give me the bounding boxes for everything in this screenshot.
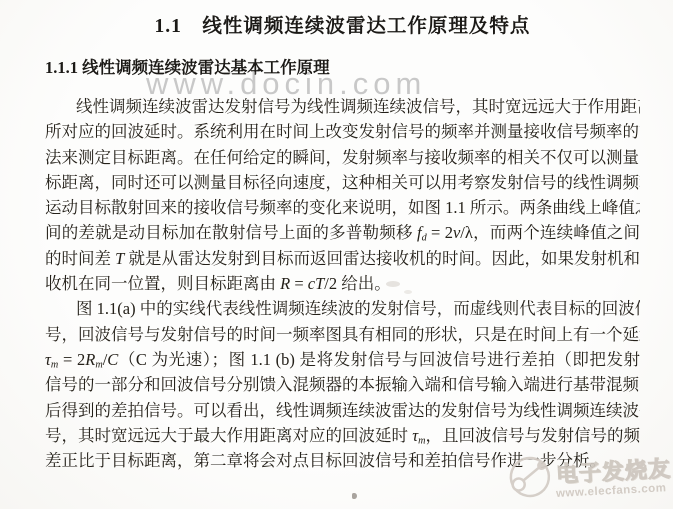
- chapter-title: 1.1 线性调频连续波雷达工作原理及特点: [45, 14, 640, 40]
- text-line: 线性调频连续波雷达发射信号为线性调频连续波信号，其时宽远远大于作用距离: [45, 94, 640, 119]
- paragraph-2: 图 1.1(a) 中的实线代表线性调频连续波的发射信号，而虚线则代表目标的回波信…: [45, 296, 640, 473]
- text-line: 法来测定目标距离。在任何给定的瞬间，发射频率与接收频率的相关不仅可以测量目: [45, 145, 640, 170]
- text-line: 图 1.1(a) 中的实线代表线性调频连续波的发射信号，而虚线则代表目标的回波信: [45, 296, 640, 321]
- section-heading: 1.1.1 线性调频连续波雷达基本工作原理: [45, 57, 640, 79]
- text-line: 号，回波信号与发射信号的时间一频率图具有相同的形状，只是在时间上有一个延迟: [45, 322, 640, 347]
- text-line: 间的差就是动目标加在散射信号上面的多普勒频移 fd = 2v/λ，而两个连续峰值…: [45, 220, 640, 245]
- scanned-document-page: 1.1 线性调频连续波雷达工作原理及特点 1.1.1 线性调频连续波雷达基本工作…: [0, 0, 673, 509]
- text-line: 的时间差 T 就是从雷达发射到目标而返回雷达接收机的时间。因此，如果发射机和接: [45, 246, 640, 271]
- scan-speck: [352, 493, 357, 499]
- text-line: τm = 2Rm/C（C 为光速）；图 1.1 (b) 是将发射信号与回波信号进…: [45, 347, 640, 372]
- text-line: 标距离，同时还可以测量目标径向速度，这种相关可以用考察发射信号的线性调频和: [45, 170, 640, 195]
- text-line: 后得到的差拍信号。可以看出，线性调频连续波雷达的发射信号为线性调频连续波信: [45, 398, 640, 423]
- elecfans-url-text: www.elecfans.com: [556, 482, 671, 500]
- text-line: 信号的一部分和回波信号分别馈入混频器的本振输入端和信号输入端进行基带混频）: [45, 372, 640, 397]
- text-line: 运动目标散射回来的接收信号频率的变化来说明，如图 1.1 所示。两条曲线上峰值之: [45, 195, 640, 220]
- text-line: 所对应的回波延时。系统利用在时间上改变发射信号的频率并测量接收信号频率的方: [45, 119, 640, 144]
- paragraph-1: 线性调频连续波雷达发射信号为线性调频连续波信号，其时宽远远大于作用距离 所对应的…: [45, 94, 640, 296]
- text-line: 收机在同一位置，则目标距离由 R = cT/2 给出。: [45, 271, 640, 296]
- text-line: 差正比于目标距离，第二章将会对点目标回波信号和差拍信号作进一步分析。: [45, 448, 640, 473]
- text-line: 号，其时宽远远大于最大作用距离对应的回波延时 τm，且回波信号与发射信号的频: [45, 423, 640, 448]
